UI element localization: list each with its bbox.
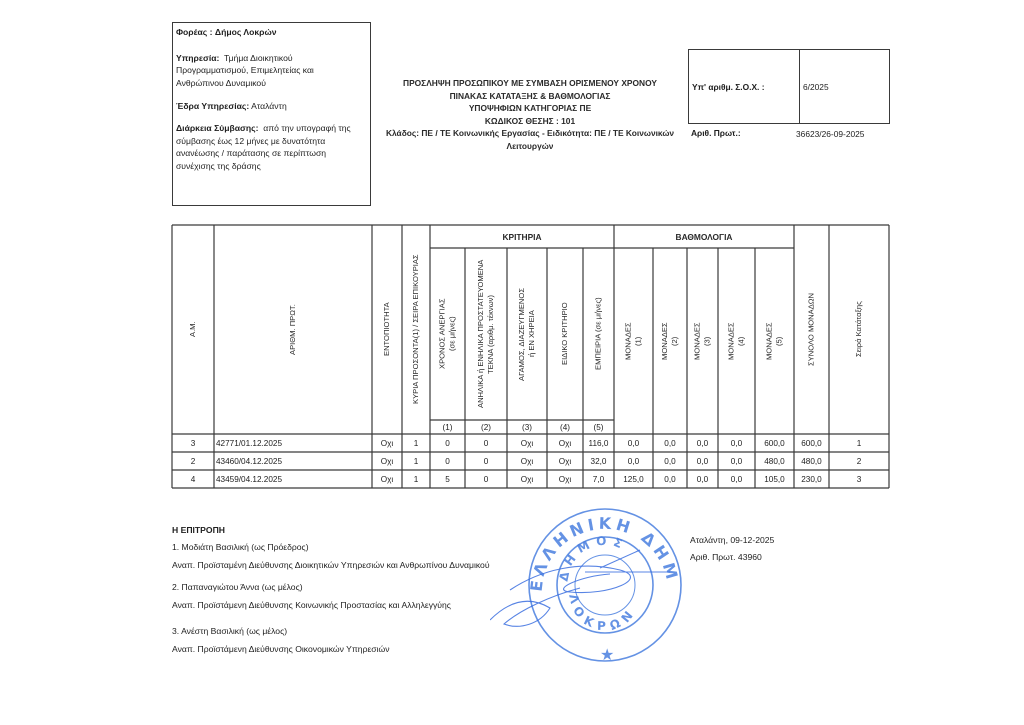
committee-member-2-role: Αναπ. Προϊστάμενη Διεύθυνσης Κοινωνικής …	[172, 599, 451, 611]
cell-qualification: 1	[402, 470, 430, 488]
cell-total: 480,0	[794, 452, 829, 470]
header-protocol: ΑΡΙΘΜ. ΠΡΩΤ.	[214, 225, 372, 434]
cell-s1: 125,0	[614, 470, 653, 488]
cell-s5: 600,0	[755, 434, 794, 452]
cell-s5: 105,0	[755, 470, 794, 488]
cell-c5: 116,0	[583, 434, 614, 452]
header-criterion-4: ΕΙΔΙΚΟ ΚΡΙΤΗΡΙΟ	[547, 248, 583, 420]
cell-am: 4	[172, 470, 214, 488]
official-stamp-icon: ΕΛΛΗΝΙΚΗ ΔΗΜΟΚΡΑΤΙΑ ΔΗΜΟΣ ΛΟΚΡΩΝ ★	[490, 500, 710, 670]
cell-total: 230,0	[794, 470, 829, 488]
cell-s3: 0,0	[687, 452, 718, 470]
cell-s5: 480,0	[755, 452, 794, 470]
committee-member-2-name: 2. Παπαναγιώτου Άννα (ως μέλος)	[172, 581, 303, 593]
cell-am: 3	[172, 434, 214, 452]
cell-c1: 0	[430, 452, 465, 470]
cell-qualification: 1	[402, 434, 430, 452]
cell-c5: 32,0	[583, 452, 614, 470]
cell-s4: 0,0	[718, 452, 755, 470]
cell-c1: 5	[430, 470, 465, 488]
cell-am: 2	[172, 452, 214, 470]
committee-member-1-role: Αναπ. Προϊσταμένη Διεύθυνσης Διοικητικών…	[172, 559, 490, 571]
header-score-5: ΜΟΝΑΔΕΣ(5)	[755, 248, 794, 434]
header-scoring-group: ΒΑΘΜΟΛΟΓΙΑ	[614, 225, 794, 248]
cell-s1: 0,0	[614, 452, 653, 470]
cell-s3: 0,0	[687, 470, 718, 488]
cell-c4: Οχι	[547, 470, 583, 488]
cell-c3: Οχι	[507, 470, 547, 488]
cell-c2: 0	[465, 452, 507, 470]
criterion-number-4: (4)	[547, 420, 583, 434]
header-criterion-5: ΕΜΠΕΙΡΙΑ (σε μήνες)	[583, 248, 614, 420]
cell-rank: 3	[829, 470, 889, 488]
criterion-number-5: (5)	[583, 420, 614, 434]
cell-c2: 0	[465, 434, 507, 452]
cell-s4: 0,0	[718, 434, 755, 452]
cell-locality: Οχι	[372, 434, 402, 452]
header-total: ΣΥΝΟΛΟ ΜΟΝΑΔΩΝ	[794, 225, 829, 434]
cell-rank: 1	[829, 434, 889, 452]
cell-s2: 0,0	[653, 452, 687, 470]
cell-rank: 2	[829, 452, 889, 470]
criterion-number-3: (3)	[507, 420, 547, 434]
cell-c5: 7,0	[583, 470, 614, 488]
header-score-3: ΜΟΝΑΔΕΣ(3)	[687, 248, 718, 434]
cell-c1: 0	[430, 434, 465, 452]
criterion-number-1: (1)	[430, 420, 465, 434]
committee-member-3-name: 3. Ανέστη Βασιλική (ως μέλος)	[172, 625, 287, 637]
header-qualification: ΚΥΡΙΑ ΠΡΟΣΟΝΤΑ(1) / ΣΕΙΡΑ ΕΠΙΚΟΥΡΙΑΣ	[402, 225, 430, 434]
cell-s2: 0,0	[653, 434, 687, 452]
header-rank: Σειρά Κατάταξης	[829, 225, 889, 434]
cell-qualification: 1	[402, 452, 430, 470]
cell-protocol: 42771/01.12.2025	[214, 434, 372, 452]
header-am: Α.Μ.	[172, 225, 214, 434]
cell-c4: Οχι	[547, 452, 583, 470]
committee-member-3-role: Αναπ. Προϊστάμενη Διεύθυνσης Οικονομικών…	[172, 643, 390, 655]
svg-text:★: ★	[600, 645, 614, 664]
criterion-number-2: (2)	[465, 420, 507, 434]
header-criteria-group: ΚΡΙΤΗΡΙΑ	[430, 225, 614, 248]
committee-member-1-name: 1. Μοδιάτη Βασιλική (ως Πρόεδρος)	[172, 541, 309, 553]
cell-c4: Οχι	[547, 434, 583, 452]
cell-s3: 0,0	[687, 434, 718, 452]
cell-protocol: 43460/04.12.2025	[214, 452, 372, 470]
cell-locality: Οχι	[372, 452, 402, 470]
committee-heading: Η ΕΠΙΤΡΟΠΗ	[172, 524, 225, 536]
cell-s1: 0,0	[614, 434, 653, 452]
cell-c2: 0	[465, 470, 507, 488]
header-locality: ΕΝΤΟΠΙΟΤΗΤΑ	[372, 225, 402, 434]
header-score-1: ΜΟΝΑΔΕΣ(1)	[614, 248, 653, 434]
cell-protocol: 43459/04.12.2025	[214, 470, 372, 488]
cell-s2: 0,0	[653, 470, 687, 488]
header-criterion-1: ΧΡΟΝΟΣ ΑΝΕΡΓΙΑΣ(σε μήνες)	[430, 248, 465, 420]
cell-c3: Οχι	[507, 452, 547, 470]
cell-c3: Οχι	[507, 434, 547, 452]
header-score-4: ΜΟΝΑΔΕΣ(4)	[718, 248, 755, 434]
header-score-2: ΜΟΝΑΔΕΣ(2)	[653, 248, 687, 434]
cell-s4: 0,0	[718, 470, 755, 488]
header-criterion-2: ΑΝΗΛΙΚΑ ή ΕΝΗΛΙΚΑ ΠΡΟΣΤΑΤΕΥΟΜΕΝΑΤΕΚΝΑ (α…	[465, 248, 507, 420]
header-criterion-3: ΑΓΑΜΟΣ, ΔΙΑΖΕΥΓΜΕΝΟΣή ΕΝ ΧΗΡΕΙΑ	[507, 248, 547, 420]
cell-total: 600,0	[794, 434, 829, 452]
cell-locality: Οχι	[372, 470, 402, 488]
